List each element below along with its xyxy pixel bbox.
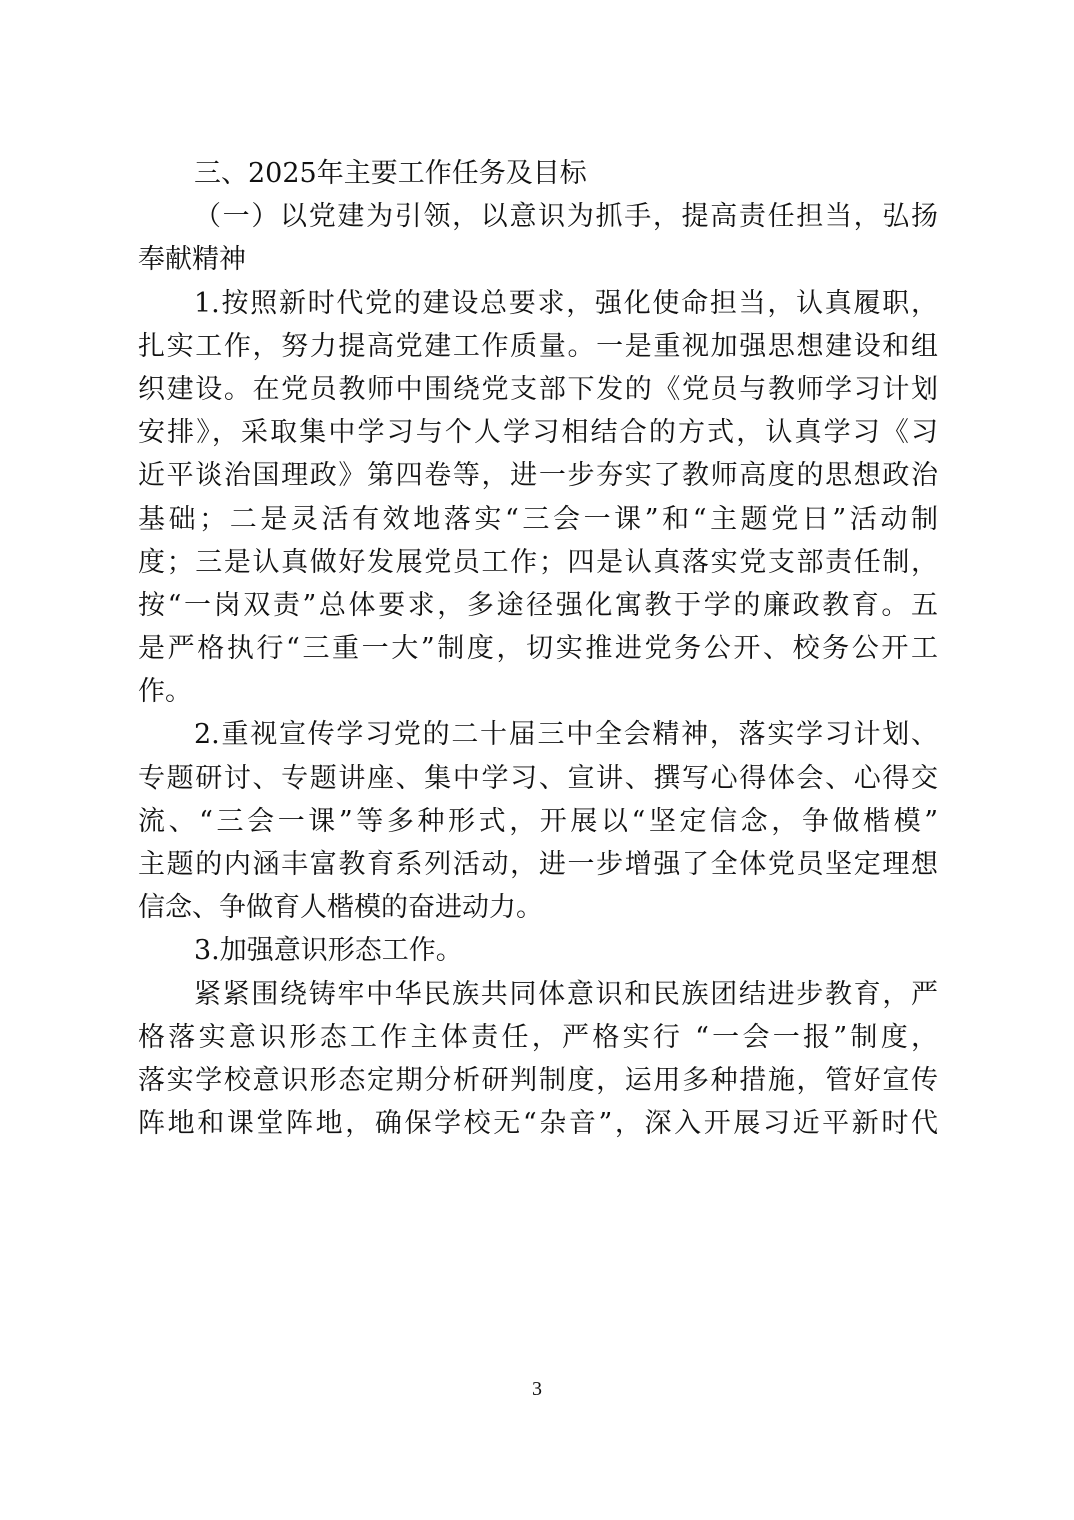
paragraph-line: 专题研讨、专题讲座、集中学习、宣讲、撰写心得体会、心得交 bbox=[138, 757, 938, 800]
paragraph-line: 阵地和课堂阵地，确保学校无“杂音”，深入开展习近平新时代 bbox=[138, 1102, 938, 1145]
paragraph-line: 紧紧围绕铸牢中华民族共同体意识和民族团结进步教育，严 bbox=[138, 973, 938, 1016]
paragraph-line: 信念、争做育人楷模的奋进动力。 bbox=[138, 886, 938, 929]
paragraph-line: 格落实意识形态工作主体责任，严格实行 “一会一报”制度， bbox=[138, 1016, 938, 1059]
document-body: 三、2025年主要工作任务及目标 （一）以党建为引领，以意识为抓手，提高责任担当… bbox=[138, 152, 938, 1145]
paragraph-line: 按“一岗双责”总体要求，多途径强化寓教于学的廉政教育。五 bbox=[138, 584, 938, 627]
subsection-heading-line: （一）以党建为引领，以意识为抓手，提高责任担当，弘扬 bbox=[138, 195, 938, 238]
paragraph-line: 度；三是认真做好发展党员工作；四是认真落实党支部责任制， bbox=[138, 541, 938, 584]
paragraph-line: 扎实工作，努力提高党建工作质量。一是重视加强思想建设和组 bbox=[138, 325, 938, 368]
document-page: 三、2025年主要工作任务及目标 （一）以党建为引领，以意识为抓手，提高责任担当… bbox=[0, 0, 1074, 1520]
paragraph-line: 作。 bbox=[138, 670, 938, 713]
paragraph-line: 是严格执行“三重一大”制度，切实推进党务公开、校务公开工 bbox=[138, 627, 938, 670]
page-number: 3 bbox=[0, 1378, 1074, 1401]
paragraph-line: 近平谈治国理政》第四卷等，进一步夯实了教师高度的思想政治 bbox=[138, 454, 938, 497]
item-heading: 3.加强意识形态工作。 bbox=[138, 929, 938, 972]
paragraph-line: 流、“三会一课”等多种形式，开展以“坚定信念，争做楷模” bbox=[138, 800, 938, 843]
paragraph-line: 基础；二是灵活有效地落实“三会一课”和“主题党日”活动制 bbox=[138, 498, 938, 541]
subsection-heading-line: 奉献精神 bbox=[138, 238, 938, 281]
section-heading: 三、2025年主要工作任务及目标 bbox=[138, 152, 938, 195]
paragraph-line: 2.重视宣传学习党的二十届三中全会精神，落实学习计划、 bbox=[138, 713, 938, 756]
paragraph-line: 1.按照新时代党的建设总要求，强化使命担当，认真履职， bbox=[138, 282, 938, 325]
paragraph-line: 落实学校意识形态定期分析研判制度，运用多种措施，管好宣传 bbox=[138, 1059, 938, 1102]
paragraph-line: 安排》，采取集中学习与个人学习相结合的方式，认真学习《习 bbox=[138, 411, 938, 454]
paragraph-line: 织建设。在党员教师中围绕党支部下发的《党员与教师学习计划 bbox=[138, 368, 938, 411]
paragraph-line: 主题的内涵丰富教育系列活动，进一步增强了全体党员坚定理想 bbox=[138, 843, 938, 886]
